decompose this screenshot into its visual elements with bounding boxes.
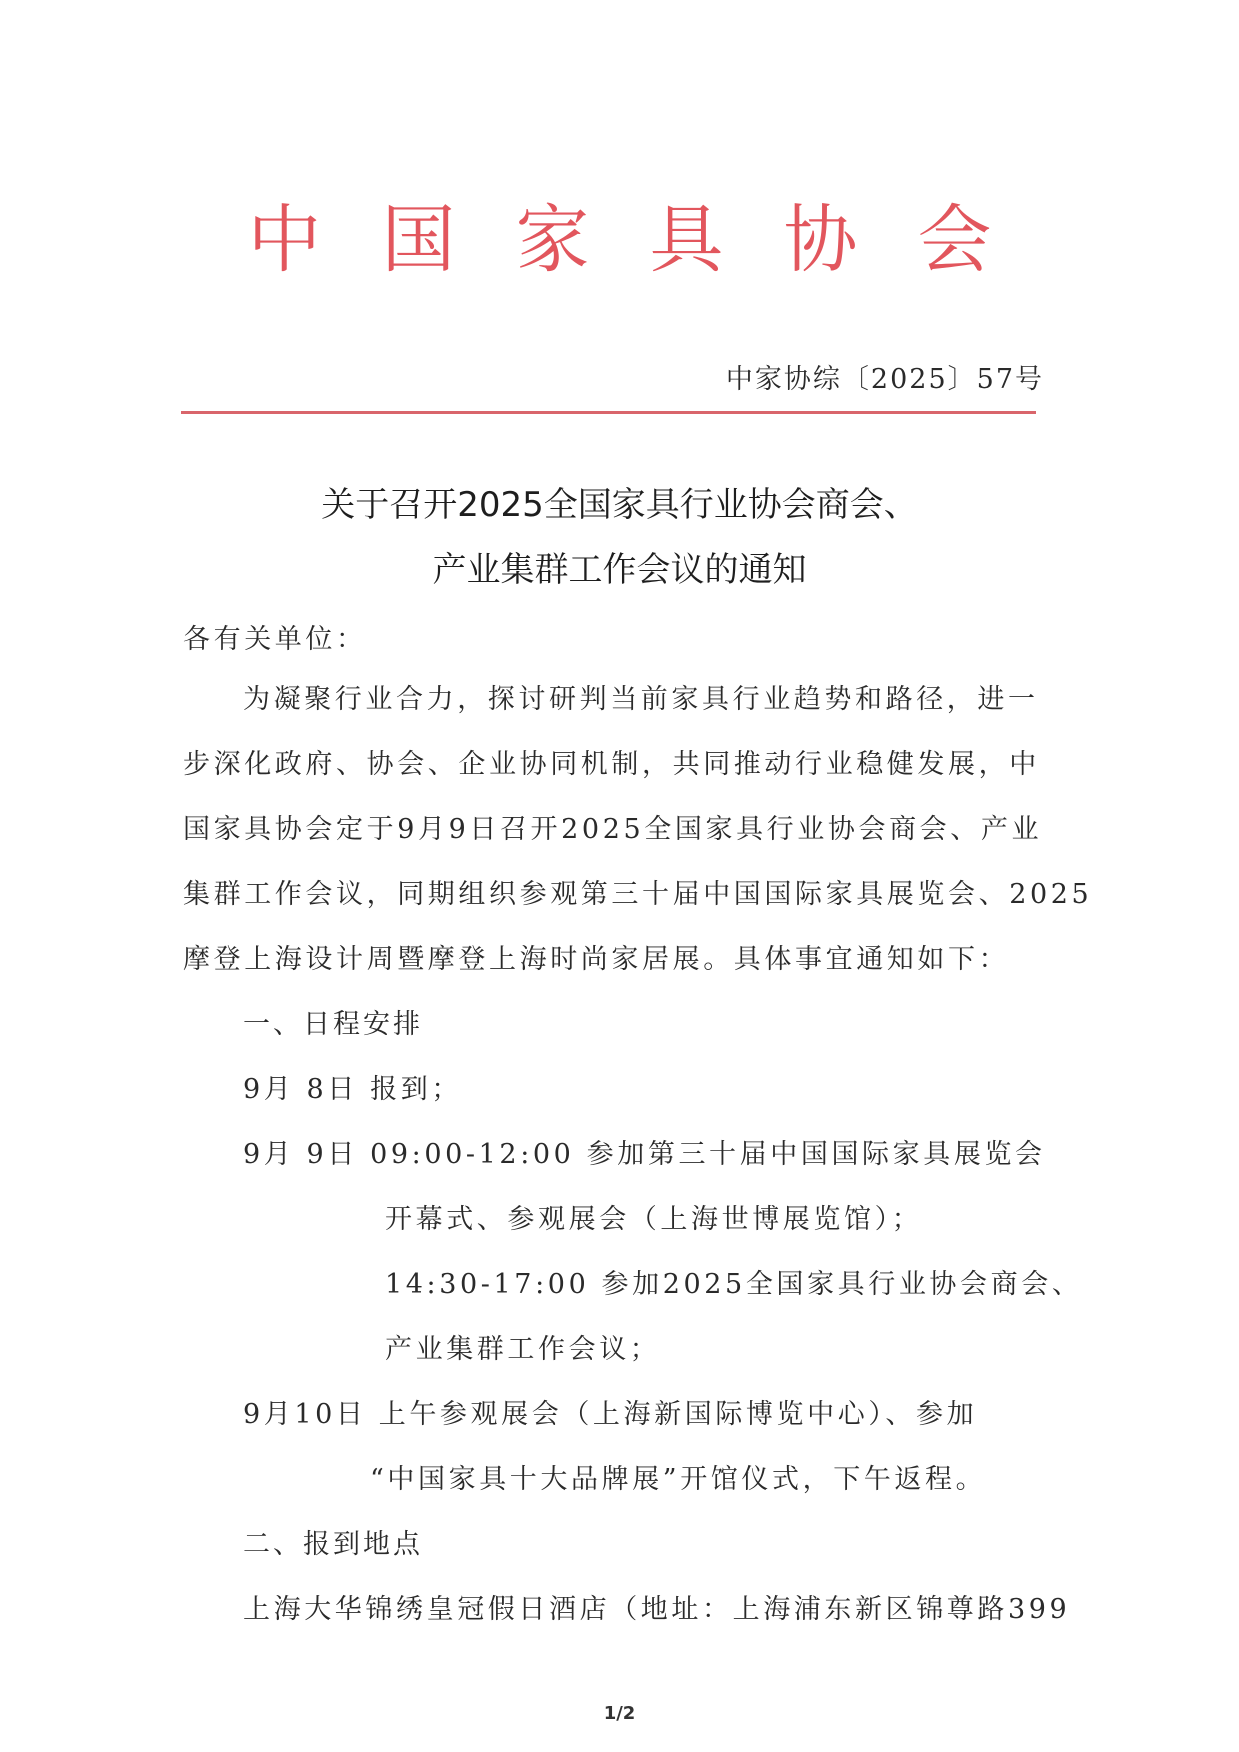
intro-line-2: 步深化政府、协会、企业协同机制，共同推动行业稳健发展，中 (183, 745, 1040, 785)
schedule-line-6: 9月10日 上午参观展会（上海新国际博览中心）、参加 (243, 1395, 977, 1435)
letterhead-divider (181, 411, 1036, 414)
section-heading-location: 二、报到地点 (243, 1525, 423, 1565)
schedule-line-2: 9月 9日 09:00-12:00 参加第三十届中国国际家具展览会 (243, 1135, 1046, 1175)
intro-line-3: 国家具协会定于9月9日召开2025全国家具行业协会商会、产业 (183, 810, 1042, 850)
location-line-1: 上海大华锦绣皇冠假日酒店（地址：上海浦东新区锦尊路399 (243, 1590, 1070, 1630)
schedule-line-4: 14:30-17:00 参加2025全国家具行业协会商会、 (385, 1265, 1082, 1305)
document-number: 中家协综〔2025〕57号 (726, 362, 1044, 398)
organization-letterhead: 中国家具协会 (0, 195, 1239, 285)
page-indicator: 1/2 (0, 1703, 1239, 1724)
document-title-line-2: 产业集群工作会议的通知 (0, 540, 1239, 600)
schedule-line-1: 9月 8日 报到； (243, 1070, 462, 1110)
salutation: 各有关单位： (183, 620, 367, 660)
intro-line-5: 摩登上海设计周暨摩登上海时尚家居展。具体事宜通知如下： (183, 940, 1009, 980)
schedule-line-3: 开幕式、参观展会（上海世博展览馆）； (385, 1200, 922, 1240)
section-heading-schedule: 一、日程安排 (243, 1005, 423, 1045)
intro-line-1: 为凝聚行业合力，探讨研判当前家具行业趋势和路径，进一 (243, 680, 1039, 720)
document-title-line-1: 关于召开2025全国家具行业协会商会、 (0, 475, 1239, 535)
intro-line-4: 集群工作会议，同期组织参观第三十届中国国际家具展览会、2025 (183, 875, 1092, 915)
schedule-line-7: “中国家具十大品牌展”开馆仪式，下午返程。 (370, 1460, 986, 1500)
schedule-line-5: 产业集群工作会议； (385, 1330, 660, 1370)
document-page: 中国家具协会 中家协综〔2025〕57号 关于召开2025全国家具行业协会商会、… (0, 0, 1239, 1752)
